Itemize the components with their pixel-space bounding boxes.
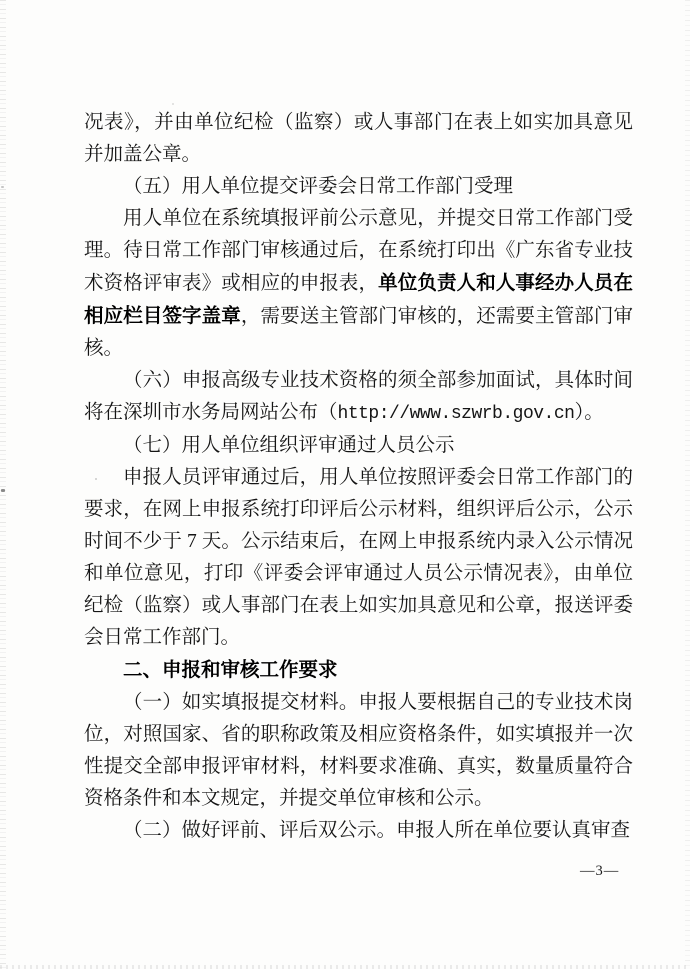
url-text: http://www.szwrb.gov.cn [338,404,575,424]
scan-edge-noise-bottom [0,965,690,969]
text-run: （五）用人单位提交评委会日常工作部门受理 [123,176,513,197]
document-body: 况表》，并由单位纪检（监察）或人事部门在表上如实加具意见并加盖公章。（五）用人单… [84,107,633,847]
paragraph: （七）用人单位组织评审通过人员公示 [84,430,633,462]
text-run: （一）如实填报提交材料。申报人要根据自己的专业技术岗位，对照国家、省的职称政策及… [84,692,633,809]
paragraph: 用人单位在系统填报评前公示意见，并提交日常工作部门受理。待日常工作部门审核通过后… [84,203,633,365]
page-number: —3— [580,863,619,880]
document-page: 况表》，并由单位纪检（监察）或人事部门在表上如实加具意见并加盖公章。（五）用人单… [0,0,690,969]
text-run: 申报人员评审通过后，用人单位按照评委会日常工作部门的要求，在网上申报系统打印评后… [84,467,633,648]
paragraph: （二）做好评前、评后双公示。申报人所在单位要认真审查 [84,815,633,847]
scan-edge-noise-left [0,0,6,969]
text-run: （七）用人单位组织评审通过人员公示 [123,435,455,456]
paragraph: （一）如实填报提交材料。申报人要根据自己的专业技术岗位，对照国家、省的职称政策及… [84,687,633,815]
paragraph: （五）用人单位提交评委会日常工作部门受理 [84,171,633,203]
scan-speck [1,186,4,188]
text-run: 况表》，并由单位纪检（监察）或人事部门在表上如实加具意见并加盖公章。 [84,112,633,165]
scan-speck [1,489,5,492]
paragraph: （六）申报高级专业技术资格的须全部参加面试，具体时间将在深圳市水务局网站公布（h… [84,365,633,430]
paragraph: 况表》，并由单位纪检（监察）或人事部门在表上如实加具意见并加盖公章。 [84,107,633,171]
paragraph: 二、申报和审核工作要求 [84,654,633,687]
text-run: （二）做好评前、评后双公示。申报人所在单位要认真审查 [123,820,630,841]
scan-edge-noise-right [685,0,690,969]
paragraph: 申报人员评审通过后，用人单位按照评委会日常工作部门的要求，在网上申报系统打印评后… [84,462,633,654]
text-run: ）。 [574,402,603,423]
bold-text-run: 二、申报和审核工作要求 [123,659,338,681]
scan-speck [172,103,174,105]
